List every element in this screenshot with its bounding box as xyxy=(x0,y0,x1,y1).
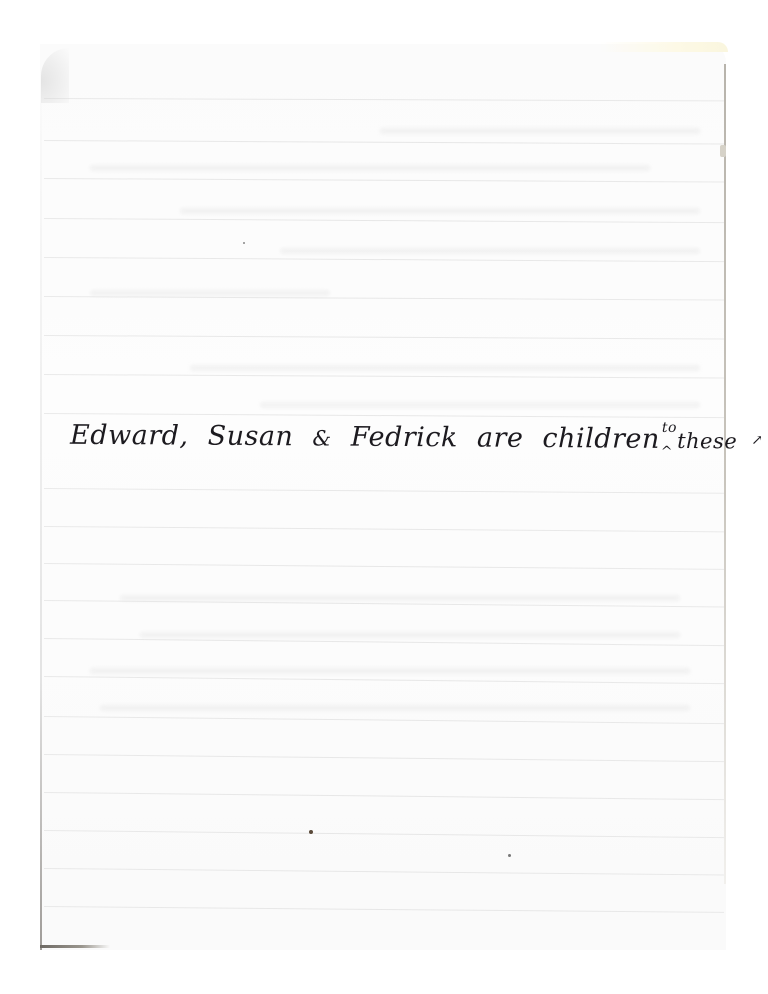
handwritten-word: children xyxy=(542,423,660,455)
ruled-line xyxy=(44,335,724,340)
ruled-line xyxy=(44,716,724,724)
bleed-through xyxy=(90,290,330,296)
ink-speck xyxy=(243,242,245,244)
bleed-through xyxy=(280,248,700,254)
ruled-line xyxy=(44,600,724,608)
bleed-through xyxy=(190,365,700,371)
bleed-through xyxy=(260,402,700,408)
ruled-line xyxy=(44,754,724,762)
page-left-edge xyxy=(40,60,42,950)
ruled-line xyxy=(44,488,724,494)
inserted-word-above: to xyxy=(662,420,677,436)
ruled-line xyxy=(44,563,724,570)
ink-speck xyxy=(508,854,511,857)
ruled-line xyxy=(44,98,724,101)
bleed-through xyxy=(180,208,700,214)
bleed-through xyxy=(100,705,690,711)
ruled-line xyxy=(44,257,724,262)
bleed-through xyxy=(90,165,650,171)
ruled-lines xyxy=(44,0,724,994)
ink-speck xyxy=(309,830,313,834)
ruled-line xyxy=(44,638,724,646)
ruled-line xyxy=(44,868,724,876)
bleed-through xyxy=(140,632,680,638)
ruled-line xyxy=(44,296,724,301)
handwritten-word: Susan xyxy=(208,421,294,453)
ruled-line xyxy=(44,526,724,532)
handwritten-word: Edward, xyxy=(70,420,189,452)
bleed-through xyxy=(90,668,690,674)
ruled-line xyxy=(44,792,724,800)
bleed-through xyxy=(380,128,700,134)
handwritten-word: Fedrick xyxy=(351,422,458,454)
ruled-line xyxy=(44,178,724,183)
handwritten-ampersand: & xyxy=(312,426,331,450)
ruled-line xyxy=(44,374,724,379)
trailing-arrow-mark-icon: ↗ xyxy=(751,432,763,448)
handwritten-word: these xyxy=(677,429,737,453)
insertion-caret-icon: ^ xyxy=(661,444,673,460)
ruled-line xyxy=(44,906,724,913)
ruled-line xyxy=(44,218,724,223)
handwritten-word: are xyxy=(477,423,524,454)
bleed-through xyxy=(120,595,680,601)
ruled-line xyxy=(44,830,724,838)
ruled-line xyxy=(44,140,724,145)
handwritten-line: Edward, Susan & Fedrick are childrento^t… xyxy=(70,420,730,475)
ruled-line xyxy=(44,413,724,418)
ruled-line xyxy=(44,676,724,684)
